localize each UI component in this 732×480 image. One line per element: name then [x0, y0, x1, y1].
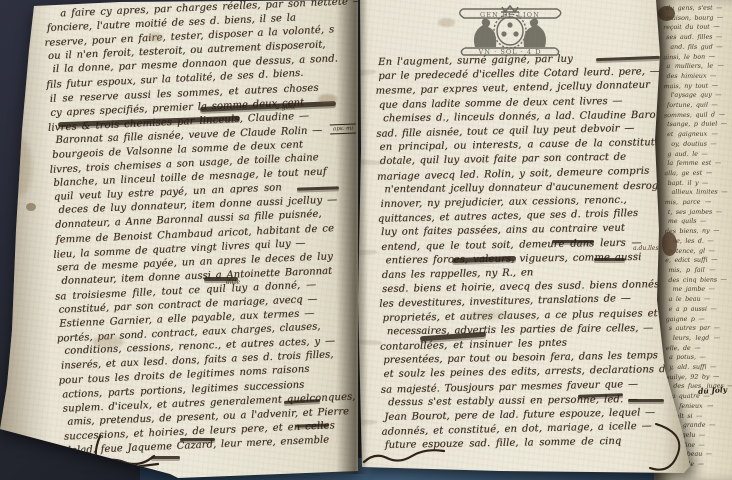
paper-stain [468, 310, 510, 320]
manuscript-photo: du gens, s'est —maison, bourg —reçoit du… [0, 0, 732, 480]
line-filler-flourish [362, 448, 454, 468]
interlinear-insert: a.du.lles [633, 245, 659, 252]
closing-loop-flourish [648, 418, 694, 474]
ink-showthrough [356, 159, 382, 165]
right-page-text: En l'augment, surné gaigné, par luypar l… [378, 51, 673, 454]
ink-strikethrough [552, 240, 594, 243]
ink-showthrough [354, 69, 376, 76]
fiscal-stamp: GEN DE LION VN · SOL · 4 D [453, 3, 567, 57]
ink-showthrough [357, 340, 382, 346]
paper-stain [438, 18, 455, 27]
right-page-shadow-wrap: GEN DE LION VN · SOL · 4 D En l'augment,… [0, 0, 732, 480]
ink-strikethrough [628, 399, 664, 402]
stamp-top-banner-text: GEN DE LION [480, 11, 540, 19]
ink-showthrough [354, 420, 377, 426]
gutter-approval-note: aps. mi [330, 124, 356, 135]
ink-strikethrough [594, 258, 625, 261]
right-page: GEN DE LION VN · SOL · 4 D En l'augment,… [350, 0, 696, 480]
ink-showthrough [353, 249, 377, 255]
